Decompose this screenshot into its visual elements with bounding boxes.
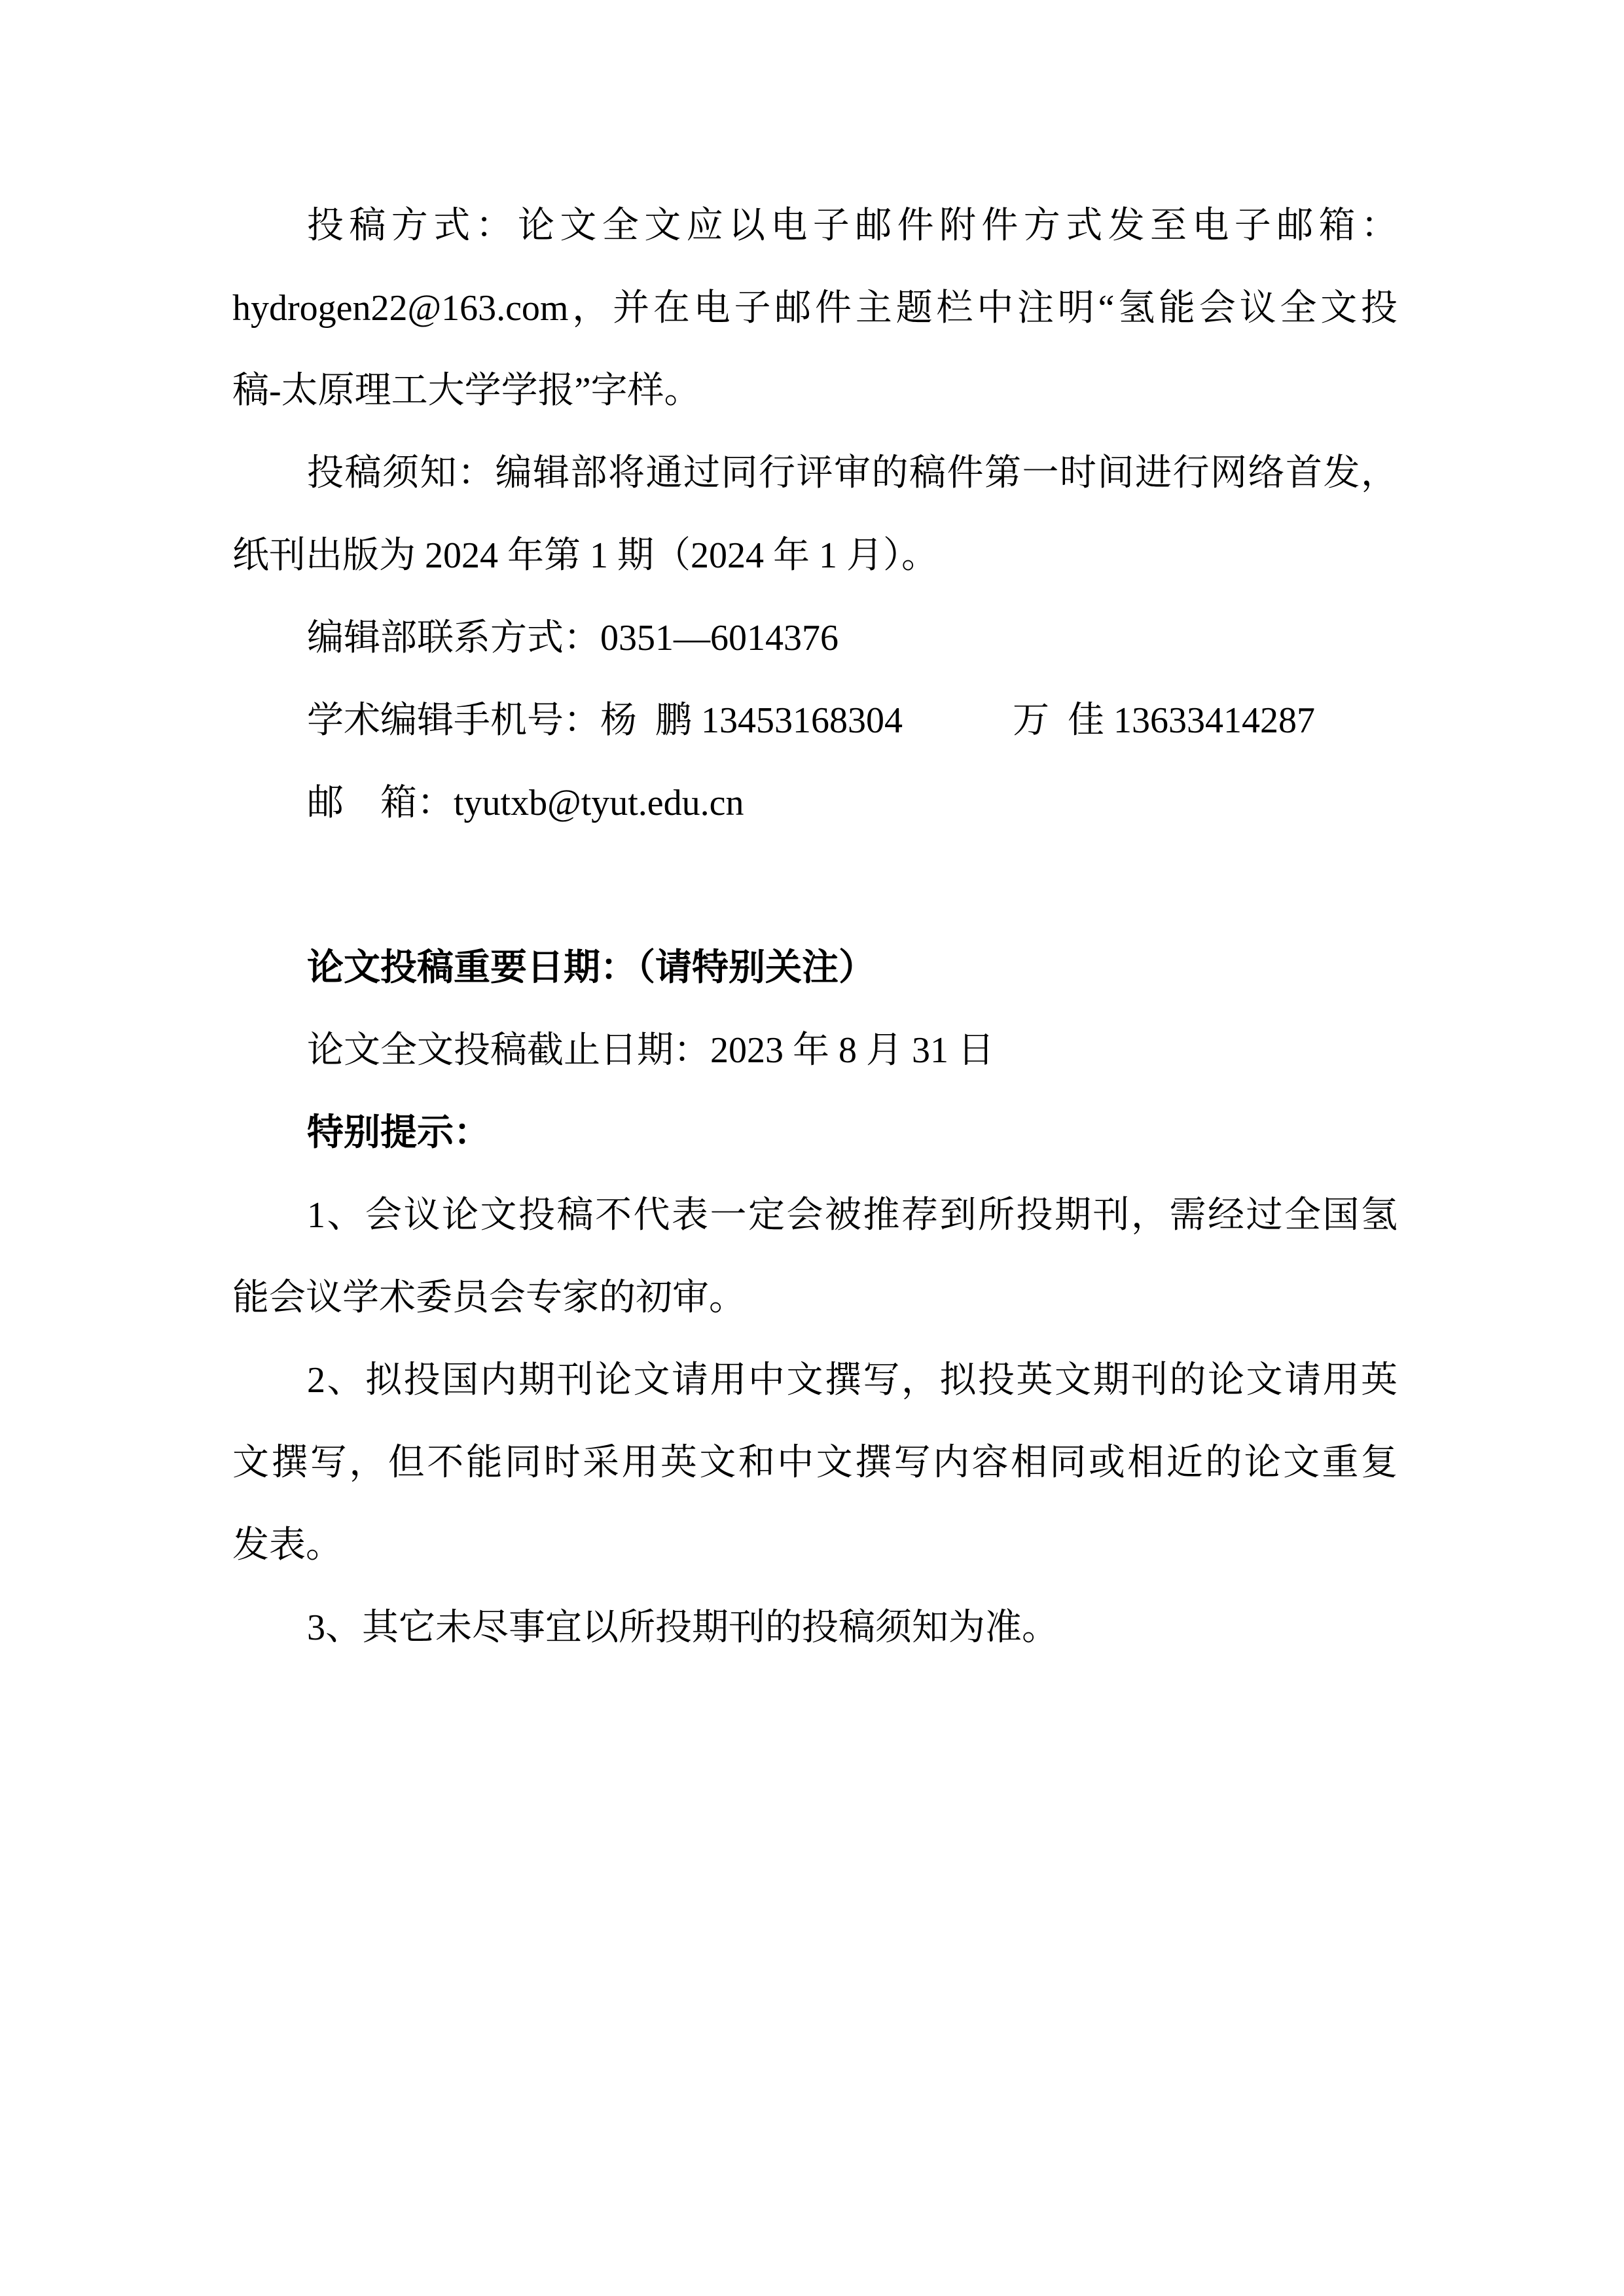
line-submission-email: hydrogen22@163.com，并在电子邮件主题栏中注明“氢能会议全文投	[232, 267, 1398, 350]
line-notice-2: 2、拟投国内期刊论文请用中文撰写，拟投英文期刊的论文请用英	[232, 1339, 1398, 1422]
line-submission-deadline: 论文全文投稿截止日期：2023 年 8 月 31 日	[232, 1009, 1398, 1092]
line-notice-2-cont: 文撰写，但不能同时采用英文和中文撰写内容相同或相近的论文重复	[232, 1422, 1398, 1504]
line-editorial-email: 邮 箱：tyutxb@tyut.edu.cn	[232, 762, 1398, 844]
heading-important-dates: 论文投稿重要日期：（请特别关注）	[232, 927, 1398, 1009]
line-editor-mobile-numbers: 学术编辑手机号：杨 鹏 13453168304 万 佳 13633414287	[232, 679, 1398, 762]
document-page: 投稿方式：论文全文应以电子邮件附件方式发至电子邮箱： hydrogen22@16…	[0, 0, 1624, 2296]
line-notice-1: 1、会议论文投稿不代表一定会被推荐到所投期刊，需经过全国氢	[232, 1174, 1398, 1257]
line-submission-method: 投稿方式：论文全文应以电子邮件附件方式发至电子邮箱：	[232, 185, 1398, 267]
line-submission-email-cont: 稿-太原理工大学学报”字样。	[232, 350, 1398, 432]
heading-special-notice: 特别提示：	[232, 1092, 1398, 1174]
line-print-publication: 纸刊出版为 2024 年第 1 期（2024 年 1 月）。	[232, 514, 1398, 597]
line-notice-2-cont2: 发表。	[232, 1504, 1398, 1587]
blank-line	[232, 844, 1398, 927]
line-editorial-phone: 编辑部联系方式：0351—6014376	[232, 597, 1398, 679]
line-submission-notes: 投稿须知：编辑部将通过同行评审的稿件第一时间进行网络首发，	[232, 432, 1398, 514]
line-notice-3: 3、其它未尽事宜以所投期刊的投稿须知为准。	[232, 1587, 1398, 1669]
line-notice-1-cont: 能会议学术委员会专家的初审。	[232, 1257, 1398, 1339]
